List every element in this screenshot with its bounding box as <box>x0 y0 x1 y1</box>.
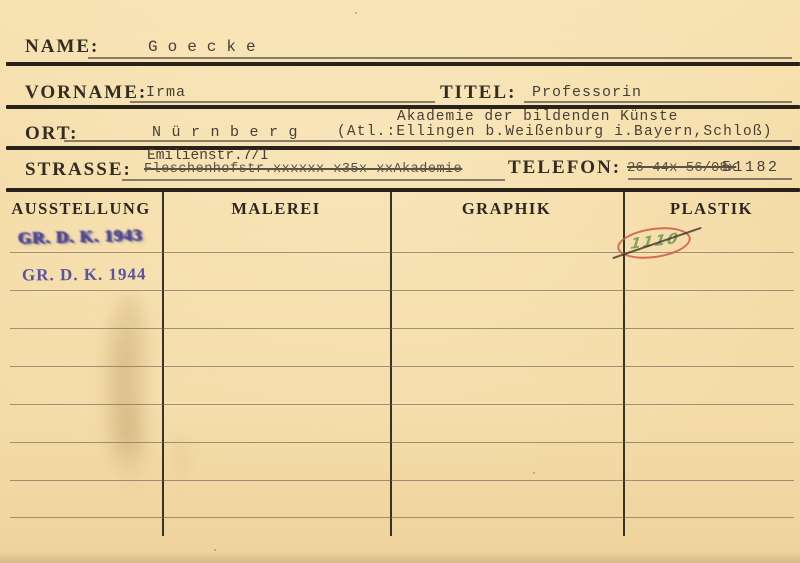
column-header-graphik: GRAPHIK <box>390 199 623 219</box>
card-bottom-edge-shadow <box>0 551 800 563</box>
index-card: NAME: Goecke VORNAME: Irma TITEL: Profes… <box>0 0 800 563</box>
telefon-crossed-out-value: 26 44x 56/08x <box>627 160 736 176</box>
paper-stain <box>106 378 154 490</box>
vorname-field-value: Irma <box>146 84 186 101</box>
column-divider-1 <box>162 192 164 536</box>
ort-address-note: (Atl.:Ellingen b.Weißenburg i.Bayern,Sch… <box>337 124 773 140</box>
paper-speck <box>355 12 357 14</box>
strasse-underline <box>122 179 505 181</box>
name-field-value: Goecke <box>148 38 266 56</box>
section-rule-2 <box>6 105 800 109</box>
titel-field-label: TITEL: <box>440 82 516 104</box>
telefon-field-value: 51182 <box>722 159 780 176</box>
stamp-grdk-1943: GR. D. K. 1943 <box>18 225 143 248</box>
titel-underline <box>524 101 792 103</box>
stamp-grdk-1944: GR. D. K. 1944 <box>22 264 147 285</box>
name-field-label: NAME: <box>25 36 99 58</box>
column-header-ausstellung: AUSSTELLUNG <box>0 199 162 219</box>
row-line <box>10 290 794 291</box>
telefon-field-label: TELEFON: <box>508 157 621 179</box>
column-header-plastik: PLASTIK <box>623 199 800 219</box>
paper-speck <box>533 472 535 474</box>
vorname-field-label: VORNAME: <box>25 82 147 104</box>
titel-field-value: Professorin <box>532 84 642 101</box>
ort-field-value: Nürnberg <box>152 124 308 141</box>
column-header-malerei: MALEREI <box>162 199 390 219</box>
plastik-annotation: 1110 <box>614 226 706 262</box>
strasse-crossed-out-value: Fleschenhofstr.xxxxxx x35x xxAkademie <box>144 162 462 177</box>
column-divider-2 <box>390 192 392 536</box>
section-rule-1 <box>6 62 800 66</box>
strasse-field-label: STRASSE: <box>25 159 132 181</box>
section-rule-3 <box>6 146 800 150</box>
ort-field-label: ORT: <box>25 123 78 145</box>
row-line <box>10 517 794 518</box>
vorname-underline <box>130 101 435 103</box>
name-underline <box>88 57 792 59</box>
section-rule-4 <box>6 188 800 192</box>
telefon-underline <box>628 178 792 180</box>
paper-stain <box>170 425 192 489</box>
ort-institution-note: Akademie der bildenden Künste <box>397 109 678 125</box>
ort-underline <box>64 140 792 142</box>
